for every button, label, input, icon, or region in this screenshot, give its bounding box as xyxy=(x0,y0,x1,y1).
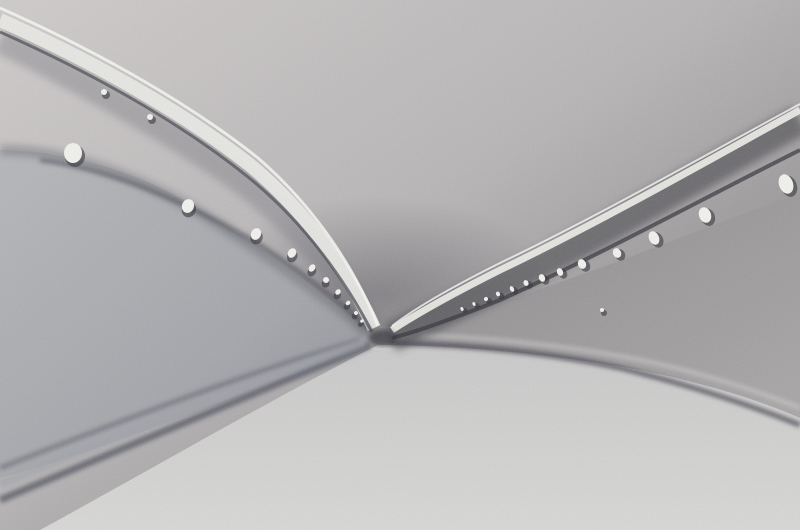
grain-overlay xyxy=(0,0,800,530)
photograph xyxy=(0,0,800,530)
